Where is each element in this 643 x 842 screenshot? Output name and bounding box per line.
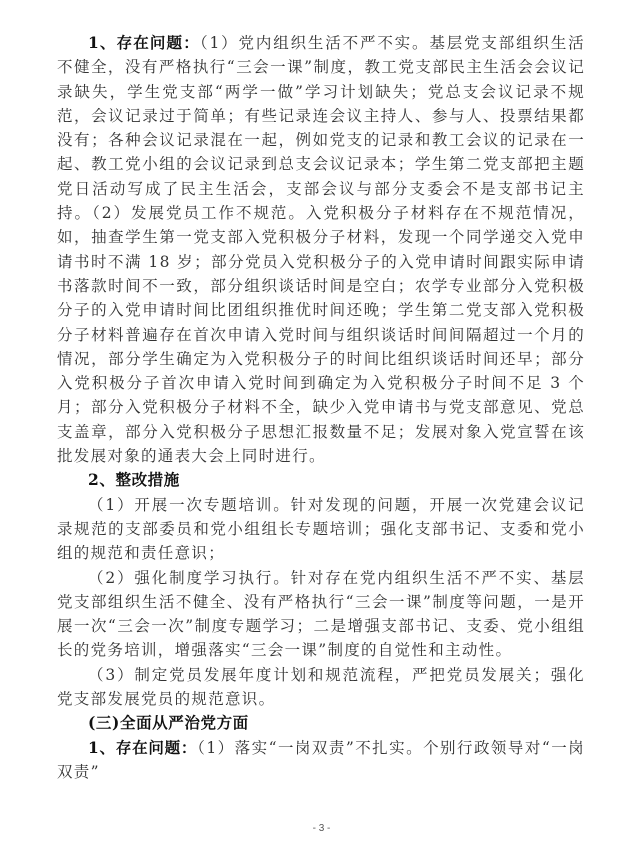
paragraph-problems: 1、存在问题：（1）党内组织生活不严不实。基层党支部组织生活不健全，没有严格执行… xyxy=(57,31,585,468)
document-page: 1、存在问题：（1）党内组织生活不严不实。基层党支部组织生活不健全，没有严格执行… xyxy=(0,0,643,842)
page-number: - 3 - xyxy=(0,823,643,834)
part3-section-heading-problems: 1、存在问题： xyxy=(88,738,197,757)
section-heading-rectification: 2、整改措施 xyxy=(57,468,585,492)
section-heading-problems: 1、存在问题： xyxy=(88,33,200,52)
document-content: 1、存在问题：（1）党内组织生活不严不实。基层党支部组织生活不健全，没有严格执行… xyxy=(57,31,585,784)
rectification-item-1: （1）开展一次专题培训。针对发现的问题，开展一次党建会议记录规范的支部委员和党小… xyxy=(57,493,585,566)
problems-text: （1）党内组织生活不严不实。基层党支部组织生活不健全，没有严格执行“三会一课”制… xyxy=(57,34,585,465)
part-heading-strict-governance: (三)全面从严治党方面 xyxy=(57,711,585,735)
rectification-item-2: （2）强化制度学习执行。针对存在党内组织生活不严不实、基层党支部组织生活不健全、… xyxy=(57,566,585,663)
paragraph-part3-problems: 1、存在问题：（1）落实“一岗双责”不扎实。个别行政领导对“一岗双责” xyxy=(57,736,585,785)
rectification-item-3: （3）制定党员发展年度计划和规范流程，严把党员发展关；强化党支部发展党员的规范意… xyxy=(57,663,585,712)
